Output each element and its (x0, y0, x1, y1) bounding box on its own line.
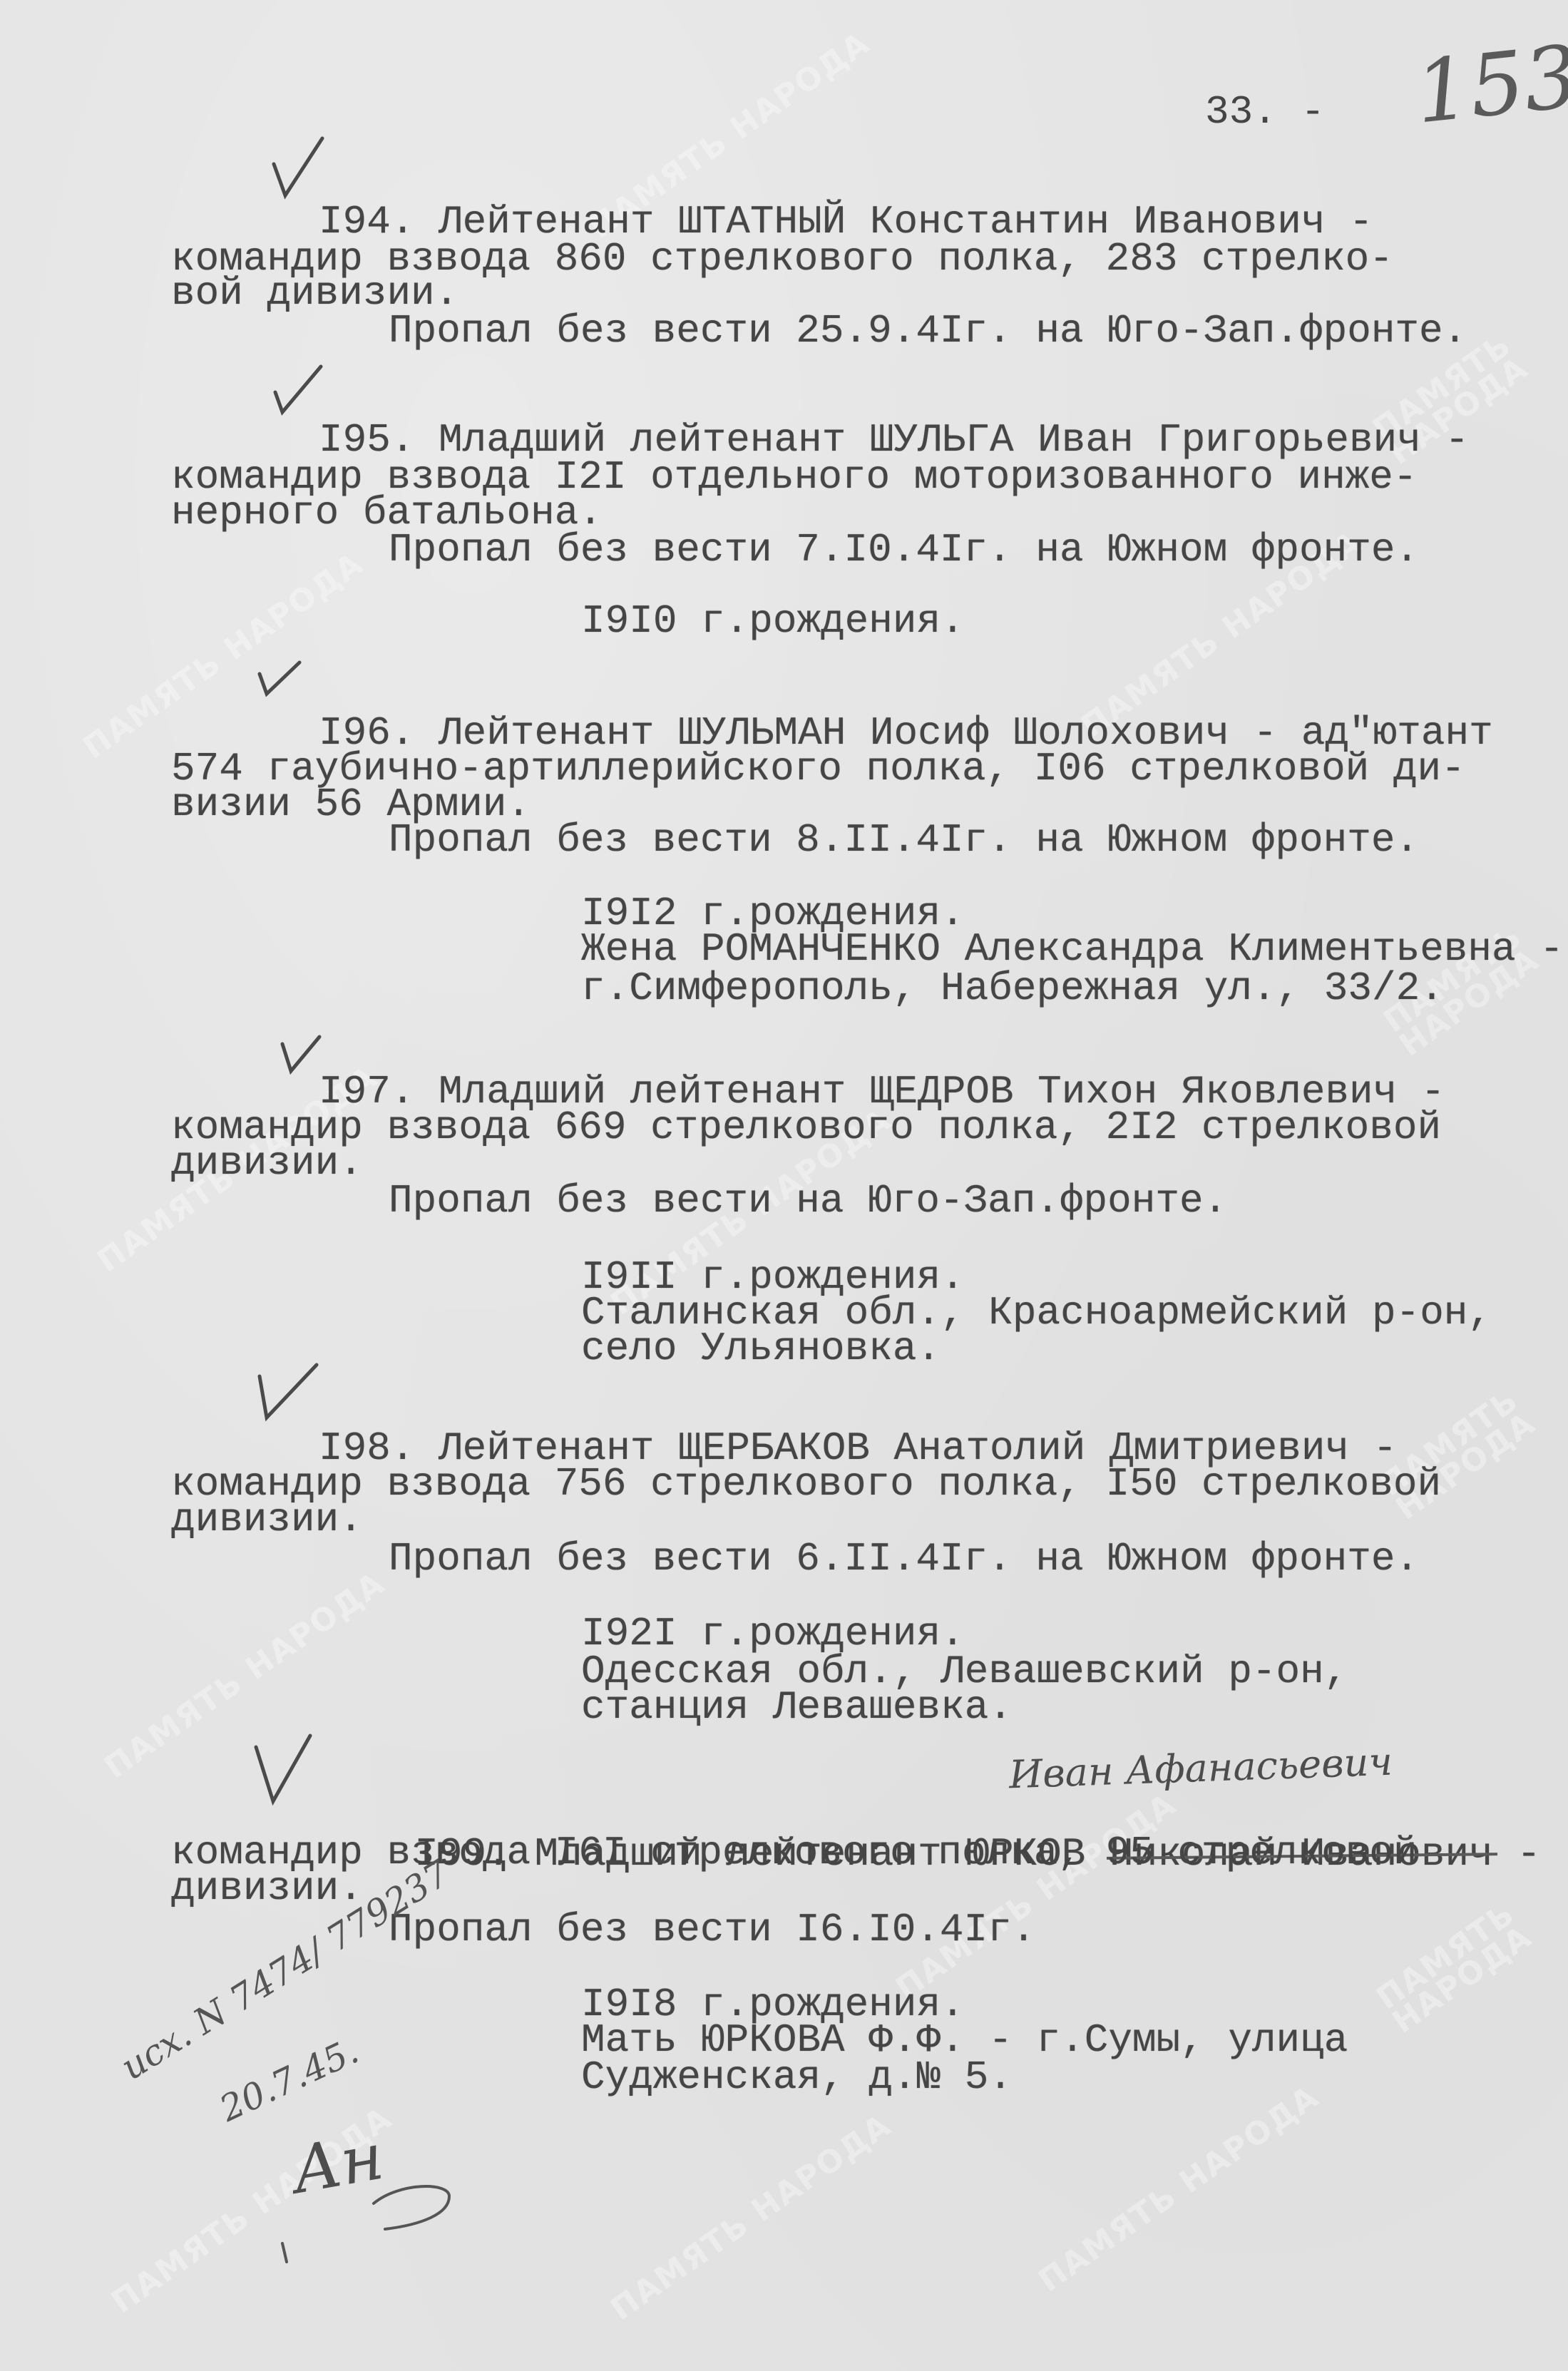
entry-198-birth-year: I92I г.рождения. (581, 1615, 965, 1652)
entry-199-line-3: дивизии. (171, 1870, 363, 1907)
checkmark-icon (257, 1362, 321, 1419)
checkmark-icon (271, 364, 328, 417)
watermark: ПАМЯТЬ НАРОДА (1035, 2082, 1324, 2297)
page-number: 33. - (1205, 89, 1325, 135)
entry-199-address: Судженская, д.№ 5. (581, 2059, 1013, 2096)
entry-198-status: Пропал без вести 6.II.4Iг. на Южном фрон… (389, 1540, 1419, 1577)
entry-198-address-2: станция Левашевка. (581, 1689, 1013, 1726)
margin-note-date: 20.7.45. (214, 2031, 364, 2129)
entry-197-address-2: село Ульяновка. (581, 1330, 941, 1367)
entry-199-line-1-suffix: - (1493, 1831, 1541, 1877)
archive-sheet-number: 153 (1411, 34, 1568, 136)
stray-mark (280, 2239, 294, 2268)
entry-199-relative: Мать ЮРКОВА Ф.Ф. - г.Сумы, улица (581, 2022, 1348, 2059)
entry-195-birth-year: I9I0 г.рождения. (581, 603, 965, 640)
entry-196-address: г.Симферополь, Набережная ул., 33/2. (581, 970, 1444, 1007)
handwritten-name-correction: Иван Афанасьевич (1008, 1741, 1393, 1797)
checkmark-icon (253, 1733, 317, 1804)
entry-197-line-3: дивизии. (171, 1144, 363, 1182)
entry-195-line-1: I95. Младший лейтенант ШУЛЬГА Иван Григо… (319, 421, 1469, 459)
entry-196-status: Пропал без вести 8.II.4Iг. на Южном фрон… (389, 821, 1419, 859)
checkmark-icon (257, 660, 314, 702)
entry-194-line-3: вой дивизии. (171, 275, 458, 312)
watermark: ПАМЯТЬ НАРОДА (607, 2111, 896, 2325)
watermark: ПАМЯТЬ НАРОДА (101, 1569, 390, 1783)
checkmark-icon (271, 135, 328, 200)
entry-194-line-1: I94. Лейтенант ШТАТНЫЙ Константин Иванов… (319, 203, 1373, 240)
entry-196-relative: Жена РОМАНЧЕНКО Александра Климентьевна … (581, 931, 1564, 968)
entry-197-status: Пропал без вести на Юго-Зап.фронте. (389, 1182, 1227, 1219)
archive-document-page: ПАМЯТЬ НАРОДА ПАМЯТЬ НАРОДА ПАМЯТЬ НАРОД… (0, 0, 1568, 2371)
entry-199-status: Пропал без вести I6.I0.4Iг. (389, 1911, 1035, 1948)
entry-194-status: Пропал без вести 25.9.4Iг. на Юго-Зап.фр… (389, 312, 1467, 349)
signature-flourish (371, 2175, 456, 2232)
entry-195-line-3: нерного батальона. (171, 494, 603, 531)
entry-198-line-3: дивизии. (171, 1501, 363, 1538)
entry-195-status: Пропал без вести 7.I0.4Iг. на Южном фрон… (389, 531, 1419, 568)
